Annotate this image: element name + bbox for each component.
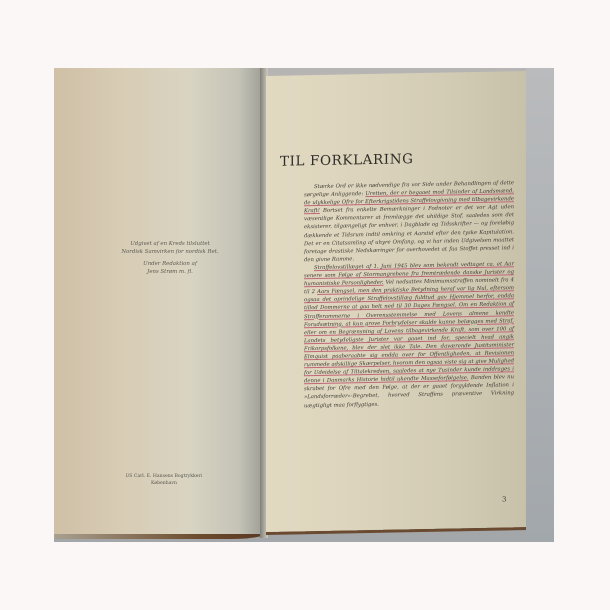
page-title: TIL FORKLARING xyxy=(280,151,414,170)
paragraph: Straffelovstillæget af 1. Juni 1945 blev… xyxy=(304,260,514,410)
book-photo: Udgivet af en Kreds tilsluttet Nordisk S… xyxy=(54,68,554,542)
body-text: Stærke Ord er ikke nødvendige fra vor Si… xyxy=(304,179,514,410)
editor-note: Under Redaktion af Jens Strøm m. fl. xyxy=(90,260,250,276)
printer-line: København xyxy=(84,480,244,487)
page-number: 3 xyxy=(502,495,506,503)
publisher-line: Udgivet af en Kreds tilsluttet xyxy=(90,240,250,248)
paragraph: Stærke Ord er ikke nødvendige fra vor Si… xyxy=(304,179,514,264)
publisher-note: Udgivet af en Kreds tilsluttet Nordisk S… xyxy=(90,240,250,256)
editor-line: Jens Strøm m. fl. xyxy=(90,268,250,276)
right-page: TIL FORKLARING Stærke Ord er ikke nødven… xyxy=(266,71,528,532)
background-surface xyxy=(526,68,554,542)
printer-line: I/S Carl. E. Hansens Bogtrykkeri xyxy=(84,473,244,480)
publisher-line: Nordisk Samvirken for nordisk Ret. xyxy=(90,248,250,256)
left-page: Udgivet af en Kreds tilsluttet Nordisk S… xyxy=(54,68,264,536)
editor-line: Under Redaktion af xyxy=(90,260,250,268)
printer-imprint: I/S Carl. E. Hansens Bogtrykkeri Københa… xyxy=(84,473,244,487)
